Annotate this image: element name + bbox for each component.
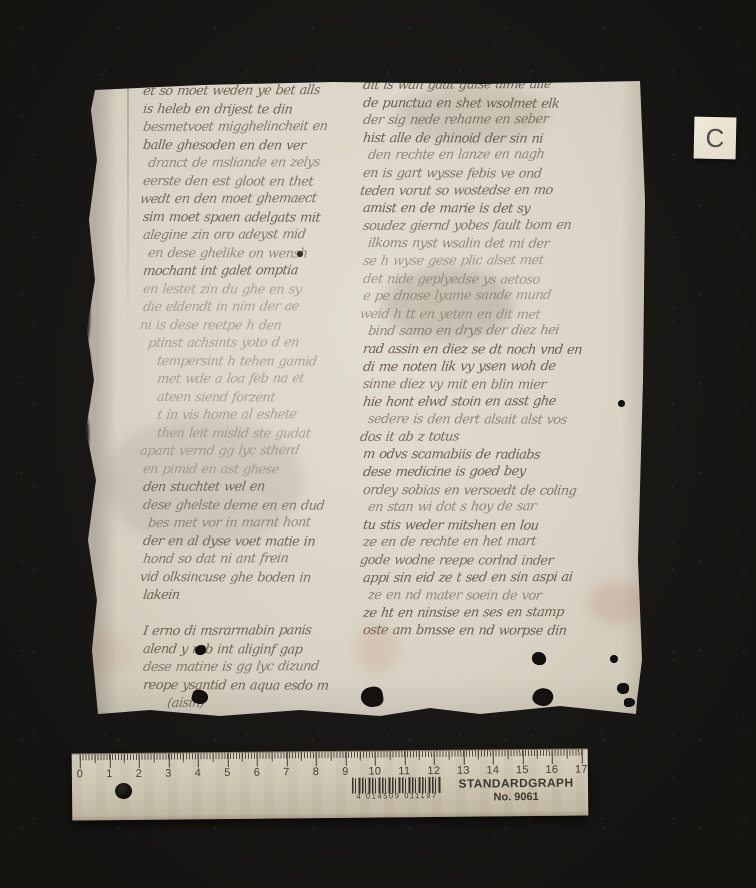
manuscript-text-line: en dese ghelike on wensh: [147, 245, 366, 264]
ruler-cm-tick: [522, 750, 523, 764]
ruler-brand: STANDARDGRAPH: [455, 776, 577, 791]
ruler-half-tick: [537, 750, 538, 759]
manuscript-text-line: di me noten lik vy ysen woh de: [362, 357, 645, 376]
edge-tear: [80, 345, 91, 411]
manuscript-text-line: teden vorut so wostedse en mo: [359, 181, 645, 200]
manuscript-text-line: (aisin): [139, 694, 367, 713]
ruler-cm-tick: [345, 752, 346, 766]
manuscript-text-line: ze ht en ninsise en ses en stamp: [362, 603, 645, 622]
manuscript-text-line: I erno di msrarmabin panis: [142, 622, 367, 641]
manuscript-text-line: dos it ab z totus: [359, 427, 645, 446]
manuscript-right-column: dit is wan gaat guise alme allede punctu…: [363, 77, 643, 667]
manuscript-text-line: appi sin eid ze t sed en sin aspi ai: [362, 568, 645, 587]
ruler-number: 12: [427, 765, 440, 777]
photo-stage: et so moet weden ye bet allsis heleb en …: [0, 0, 756, 888]
manuscript-text-line: is heleb en drijest te din: [142, 101, 366, 120]
manuscript-text-line: se h wyse gese plic alset met: [362, 251, 645, 270]
manuscript-text-line: then leit mislid ste gudat: [156, 425, 366, 444]
manuscript-text-line: tempersint h tehen gamid: [156, 353, 366, 372]
manuscript-text-line: et so moet weden ye bet alls: [142, 82, 367, 101]
manuscript-text-line: der en al dyse voet matie in: [142, 533, 366, 552]
ruler-half-tick: [183, 753, 184, 762]
ruler-half-tick: [212, 753, 213, 762]
ruler-half-tick: [507, 750, 508, 759]
barcode-digits: 4 014509 011197: [352, 791, 442, 801]
ruler-number: 2: [136, 768, 143, 780]
ruler-number: 5: [224, 767, 231, 779]
ruler-cm-tick: [316, 752, 317, 766]
ruler-number: 11: [398, 765, 410, 777]
ruler-half-tick: [360, 752, 361, 761]
ruler-number: 14: [486, 764, 499, 776]
ruler-cm-tick: [109, 754, 110, 768]
ruler-hang-hole: [115, 783, 132, 799]
manuscript-text-line: e pe dnose lyame sande mund: [362, 287, 645, 306]
ruler-cm-tick: [493, 750, 494, 764]
manuscript-text-line: dese matine is gg lyc dizund: [142, 658, 367, 677]
ruler-number: 13: [457, 765, 470, 777]
ruler-half-tick: [271, 753, 272, 762]
ruler-cm-tick: [168, 754, 169, 768]
ruler-number: 17: [575, 764, 588, 776]
manuscript-text-line: balle ghesoden en den ver: [142, 137, 366, 156]
ruler-half-tick: [153, 754, 154, 763]
manuscript-text-line: ni is dese reetpe h den: [139, 317, 366, 336]
worm-hole: [618, 400, 625, 407]
manuscript-text-line: vid olksincuse ghe boden in: [139, 569, 366, 588]
ruler-number: 7: [283, 766, 290, 778]
ruler-number: 10: [368, 766, 381, 778]
manuscript-text-line: ptinst achsints yoto d en: [147, 334, 367, 353]
edge-tear: [81, 272, 90, 344]
manuscript-text-line: sim moet spaen adelgats mit: [142, 209, 366, 228]
manuscript-text-line: besmetvoet migghelincheit en: [142, 118, 367, 137]
manuscript-text-line: dese medicine is goed bey: [362, 463, 645, 482]
ruler-number: 16: [545, 764, 558, 776]
manuscript-text-line: met wde a loa feb na et: [156, 370, 367, 389]
ruler-half-tick: [330, 752, 331, 761]
manuscript-text-line: t in vis home al eshete: [156, 406, 367, 425]
manuscript-text-line: soudez giernd yobes fault bom en: [362, 216, 645, 235]
ruler-half-tick: [566, 750, 567, 759]
ruler-number: 6: [254, 767, 261, 779]
ruler-half-tick: [94, 754, 95, 763]
ruler-cm-tick: [434, 751, 435, 765]
manuscript-text-line: den stuchtet wel en: [142, 478, 367, 497]
manuscript-text-line: hie hont elwd stoin en asst ghe: [362, 392, 645, 411]
ruler-half-tick: [301, 752, 302, 761]
manuscript-text-line: alegine zin oro adeyst mid: [142, 226, 367, 245]
ruler-number: 1: [106, 768, 113, 780]
vertical-crease: [127, 87, 129, 337]
ruler-number: 3: [165, 768, 172, 780]
manuscript-text-line: [147, 605, 366, 624]
manuscript-text-line: hond so dat ni ant frein: [142, 550, 367, 569]
manuscript-text-line: alend y rob int aliginf gap: [142, 641, 366, 660]
manuscript-text-line: mochant int galet omptia: [142, 262, 367, 281]
manuscript-text-line: ze en de rechte en het mart: [362, 533, 645, 552]
ruler-number: 0: [77, 768, 84, 780]
manuscript-text-line: en lestet zin du ghe en sy: [142, 281, 366, 300]
manuscript-text-line: dranct de msliande en zelys: [147, 154, 367, 173]
ruler-half-tick: [389, 751, 390, 760]
ruler-cm-tick: [257, 753, 258, 767]
ruler-number: 4: [195, 767, 202, 779]
ruler-cm-tick: [80, 754, 81, 768]
manuscript-text-line: en stan wi dot s hoy de sar: [367, 498, 645, 517]
manuscript-text-line: die eldendt in nim der ae: [142, 298, 367, 317]
manuscript-text-line: reope ysantid en aqua esdo m: [142, 677, 366, 696]
edge-tear: [81, 415, 89, 455]
worm-hole: [624, 698, 635, 707]
ruler-cm-tick: [552, 750, 553, 764]
manuscript-text-line: der sig nede rehame en seber: [362, 111, 645, 130]
ruler-half-tick: [242, 753, 243, 762]
ruler-half-tick: [419, 751, 420, 760]
ruler-half-tick: [478, 751, 479, 760]
ruler-cm-tick: [375, 752, 376, 766]
ruler-cm-tick: [463, 751, 464, 765]
label-card-letter: C: [705, 122, 724, 153]
worm-hole: [531, 685, 556, 709]
manuscript-text-line: den rechte en lanze en nagh: [367, 146, 645, 165]
ruler-cm-tick: [286, 752, 287, 766]
ruler-number: 15: [516, 764, 529, 776]
manuscript-text-line: ateen siend forzent: [156, 389, 366, 408]
manuscript-text-line: dit is wan gaat guise alme alle: [362, 76, 645, 95]
ruler-half-tick: [124, 754, 125, 763]
worm-hole: [610, 655, 618, 663]
manuscript-text-line: dese ghelste deme en en dud: [142, 497, 366, 516]
barcode: 4 014509 011197: [352, 777, 442, 802]
ruler-cm-tick: [198, 753, 199, 767]
ink-blot: [297, 251, 303, 257]
ruler-number: 8: [313, 766, 320, 778]
manuscript-text-line: bes met vor in marnt hont: [147, 514, 367, 533]
ruler-half-tick: [448, 751, 449, 760]
ruler-cm-tick: [404, 751, 405, 765]
ruler: 01234567891011121314151617 4 014509 0111…: [72, 749, 589, 821]
manuscript-text-line: bind samo en drys der diez hei: [367, 322, 645, 341]
manuscript-left-column: et so moet weden ye bet allsis heleb en …: [143, 83, 365, 667]
manuscript-text-line: wedt en den moet ghemaect: [139, 190, 367, 209]
ruler-model: No. 9061: [455, 791, 577, 804]
ruler-cm-tick: [227, 753, 228, 767]
ruler-number: 9: [342, 766, 349, 778]
manuscript-text-line: oste am bmsse en nd worpse din: [362, 622, 644, 641]
ruler-cm-tick: [139, 754, 140, 768]
manuscript-text-line: en pimid en ast ghese: [142, 461, 366, 480]
manuscript-text-line: eerste den est gloot en thet: [142, 173, 366, 192]
worm-hole: [532, 652, 546, 665]
manuscript-text-line: apant vernd gg lyc stherd: [139, 442, 367, 461]
worm-hole: [617, 683, 629, 694]
manuscript-page: et so moet weden ye bet allsis heleb en …: [83, 77, 647, 727]
stain: [79, 632, 129, 678]
manuscript-text-line: lakein: [142, 586, 367, 605]
ruler-cm-tick: [581, 750, 582, 764]
manuscript-text-line: rad assin en diez se dt noch vnd en: [362, 341, 644, 360]
label-card: C: [694, 117, 737, 160]
